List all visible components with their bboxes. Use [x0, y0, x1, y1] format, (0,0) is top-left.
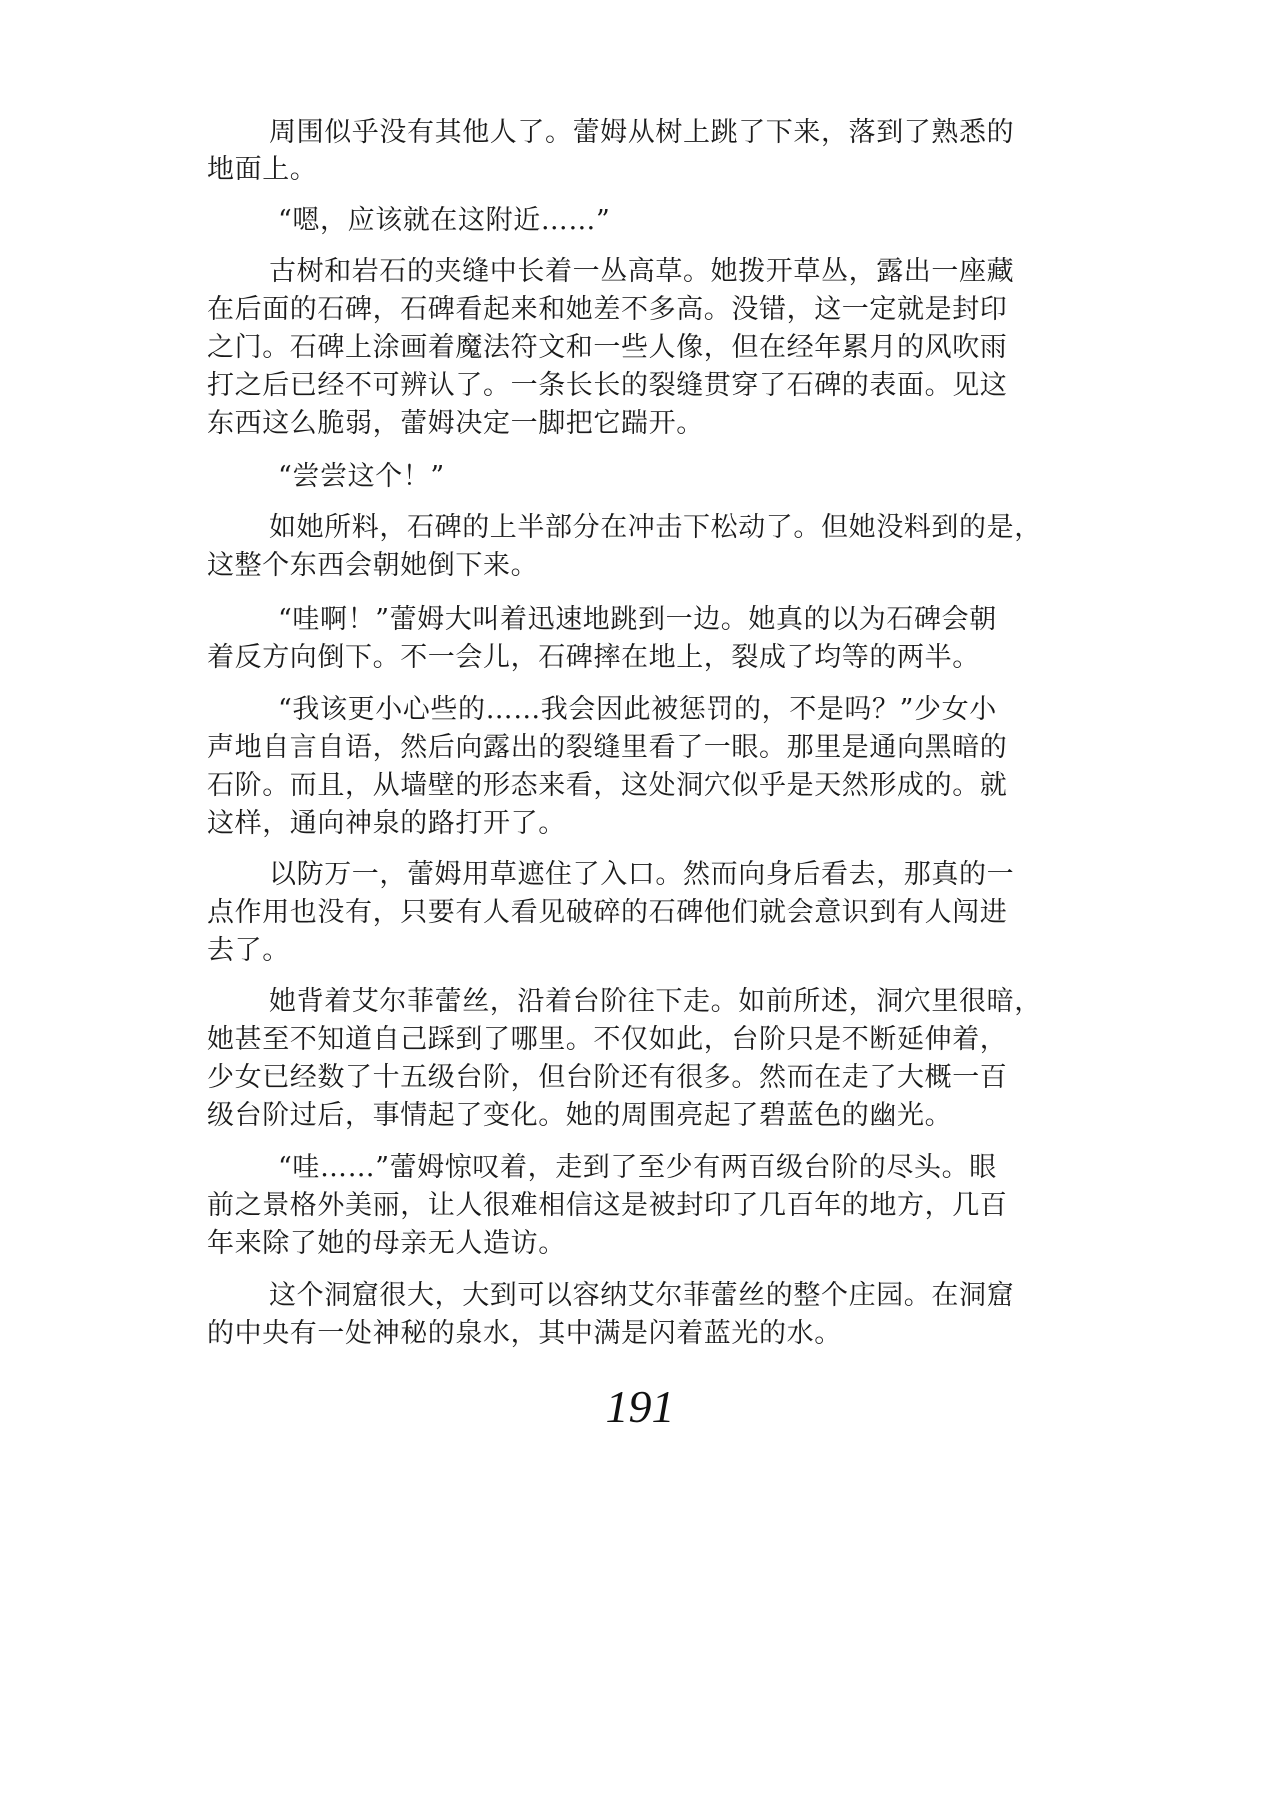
text-line: 石阶。而且，从墙壁的形态来看，这处洞穴似乎是天然形成的。就: [207, 767, 1133, 805]
page-number: 191: [0, 1380, 1280, 1433]
text-line: 在后面的石碑，石碑看起来和她差不多高。没错，这一定就是封印: [207, 291, 1133, 329]
text-line: 如她所料，石碑的上半部分在冲击下松动了。但她没料到的是，: [269, 509, 1133, 547]
text-line: 她甚至不知道自己踩到了哪里。不仅如此，台阶只是不断延伸着，: [207, 1021, 1133, 1059]
text-line: 东西这么脆弱，蕾姆决定一脚把它踹开。: [207, 405, 1133, 443]
dialogue-line: “嗯，应该就在这附近……”: [278, 202, 1133, 240]
text-line: 少女已经数了十五级台阶，但台阶还有很多。然而在走了大概一百: [207, 1059, 1133, 1097]
text-line: 着反方向倒下。不一会儿，石碑摔在地上，裂成了均等的两半。: [207, 639, 1133, 677]
text-line: 前之景格外美丽，让人很难相信这是被封印了几百年的地方，几百: [207, 1187, 1133, 1225]
text-line: 声地自言自语，然后向露出的裂缝里看了一眼。那里是通向黑暗的: [207, 729, 1133, 767]
text-line: 古树和岩石的夹缝中长着一丛高草。她拨开草丛，露出一座藏: [269, 253, 1133, 291]
text-line: 这个洞窟很大，大到可以容纳艾尔菲蕾丝的整个庄园。在洞窟: [269, 1277, 1133, 1315]
text-line: 地面上。: [207, 151, 1133, 189]
text-line: 去了。: [207, 932, 1133, 970]
text-line: 之门。石碑上涂画着魔法符文和一些人像，但在经年累月的风吹雨: [207, 329, 1133, 367]
text-line: 这样，通向神泉的路打开了。: [207, 805, 1133, 843]
dialogue-line: “我该更小心些的……我会因此被惩罚的，不是吗？”少女小: [278, 691, 1133, 729]
text-line: 的中央有一处神秘的泉水，其中满是闪着蓝光的水。: [207, 1315, 1133, 1353]
text-line: 级台阶过后，事情起了变化。她的周围亮起了碧蓝色的幽光。: [207, 1097, 1133, 1135]
dialogue-line: “哇……”蕾姆惊叹着，走到了至少有两百级台阶的尽头。眼: [278, 1149, 1133, 1187]
text-line: 她背着艾尔菲蕾丝，沿着台阶往下走。如前所述，洞穴里很暗，: [269, 983, 1133, 1021]
book-page: 周围似乎没有其他人了。蕾姆从树上跳了下来，落到了熟悉的 地面上。 “嗯，应该就在…: [0, 0, 1280, 1816]
text-line: 打之后已经不可辨认了。一条长长的裂缝贯穿了石碑的表面。见这: [207, 367, 1133, 405]
text-line: 周围似乎没有其他人了。蕾姆从树上跳了下来，落到了熟悉的: [269, 114, 1133, 152]
text-line: 点作用也没有，只要有人看见破碎的石碑他们就会意识到有人闯进: [207, 894, 1133, 932]
text-line: 年来除了她的母亲无人造访。: [207, 1225, 1133, 1263]
text-line: 这整个东西会朝她倒下来。: [207, 547, 1133, 585]
dialogue-line: “尝尝这个！”: [278, 458, 1133, 496]
dialogue-line: “哇啊！”蕾姆大叫着迅速地跳到一边。她真的以为石碑会朝: [278, 601, 1133, 639]
text-line: 以防万一，蕾姆用草遮住了入口。然而向身后看去，那真的一: [269, 856, 1133, 894]
